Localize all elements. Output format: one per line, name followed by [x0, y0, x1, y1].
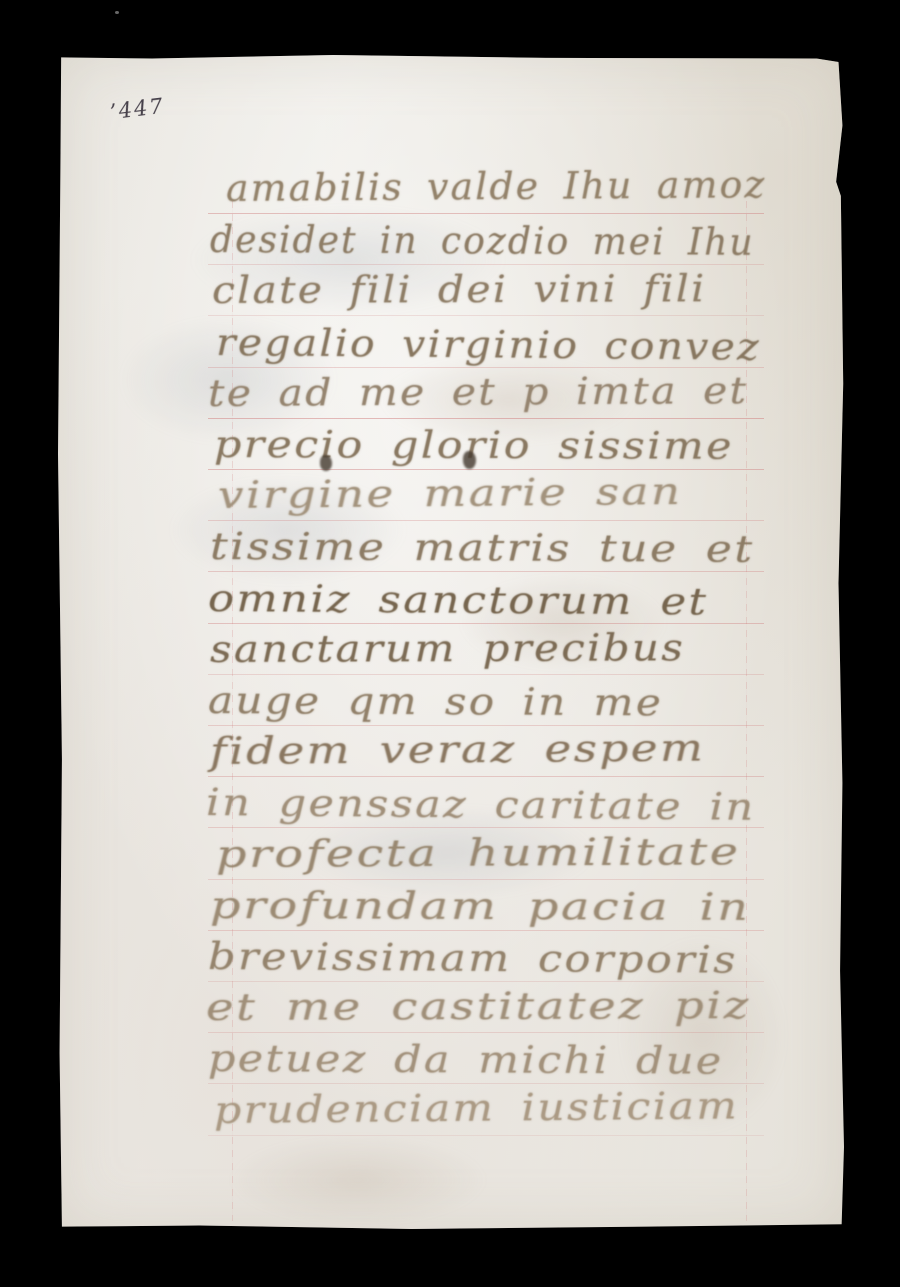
manuscript-text-line: omniz sanctorum et: [208, 577, 709, 623]
manuscript-text-line: prudenciam iusticiam: [214, 1084, 739, 1132]
ruling-line-horizontal: [208, 674, 764, 675]
photo-background: ’447 amabilis valde Ihu amozdesidet in c…: [0, 0, 900, 1287]
manuscript-text-line: profecta humilitate: [216, 830, 741, 876]
ruling-line-horizontal: [208, 1135, 764, 1136]
manuscript-text-line: sanctarum precibus: [210, 626, 685, 671]
manuscript-text-line: et me castitatez piz: [206, 984, 751, 1029]
folio-number: ’447: [109, 94, 166, 124]
ruling-line-horizontal: [208, 930, 764, 931]
ink-blot: [463, 451, 476, 469]
manuscript-text-line: clate fili dei vini fili: [212, 268, 707, 313]
manuscript-text-line: in genssaz caritate in: [206, 781, 756, 829]
ruling-line-horizontal: [208, 571, 764, 572]
manuscript-text-line: profundam pacia in: [210, 884, 751, 929]
manuscript-text-line: petuez da michi due: [208, 1037, 724, 1083]
ruling-line-horizontal: [208, 1032, 764, 1033]
manuscript-text-line: fidem veraz espem: [210, 727, 706, 773]
manuscript-text-line: virgine marie san: [218, 470, 683, 517]
manuscript-text-line: tissime matris tue et: [210, 525, 755, 571]
dust-speck: [115, 11, 119, 14]
manuscript-text-line: brevissimam corporis: [208, 935, 738, 982]
manuscript-leaf: ’447 amabilis valde Ihu amozdesidet in c…: [58, 55, 844, 1229]
manuscript-text-line: desidet in cozdio mei Ihu: [210, 218, 755, 264]
ruling-line-horizontal: [208, 520, 764, 521]
manuscript-text-line: amabilis valde Ihu amoz: [226, 163, 767, 210]
manuscript-text-line: auge qm so in me: [208, 679, 663, 724]
ruling-line-horizontal: [208, 418, 764, 419]
showthrough-smudge: [228, 1135, 488, 1225]
ruling-line-horizontal: [208, 879, 764, 880]
ruling-line-horizontal: [208, 213, 764, 214]
ruling-line-horizontal: [208, 315, 764, 316]
manuscript-text-line: te ad me et p imta et: [208, 369, 748, 415]
ruling-line-horizontal: [208, 264, 764, 265]
ruling-line-horizontal: [208, 776, 764, 777]
manuscript-text-line: regalio virginio convez: [216, 321, 761, 369]
manuscript-photo: { "document": { "type": "medieval manusc…: [0, 0, 900, 1287]
ink-blot: [320, 455, 332, 471]
